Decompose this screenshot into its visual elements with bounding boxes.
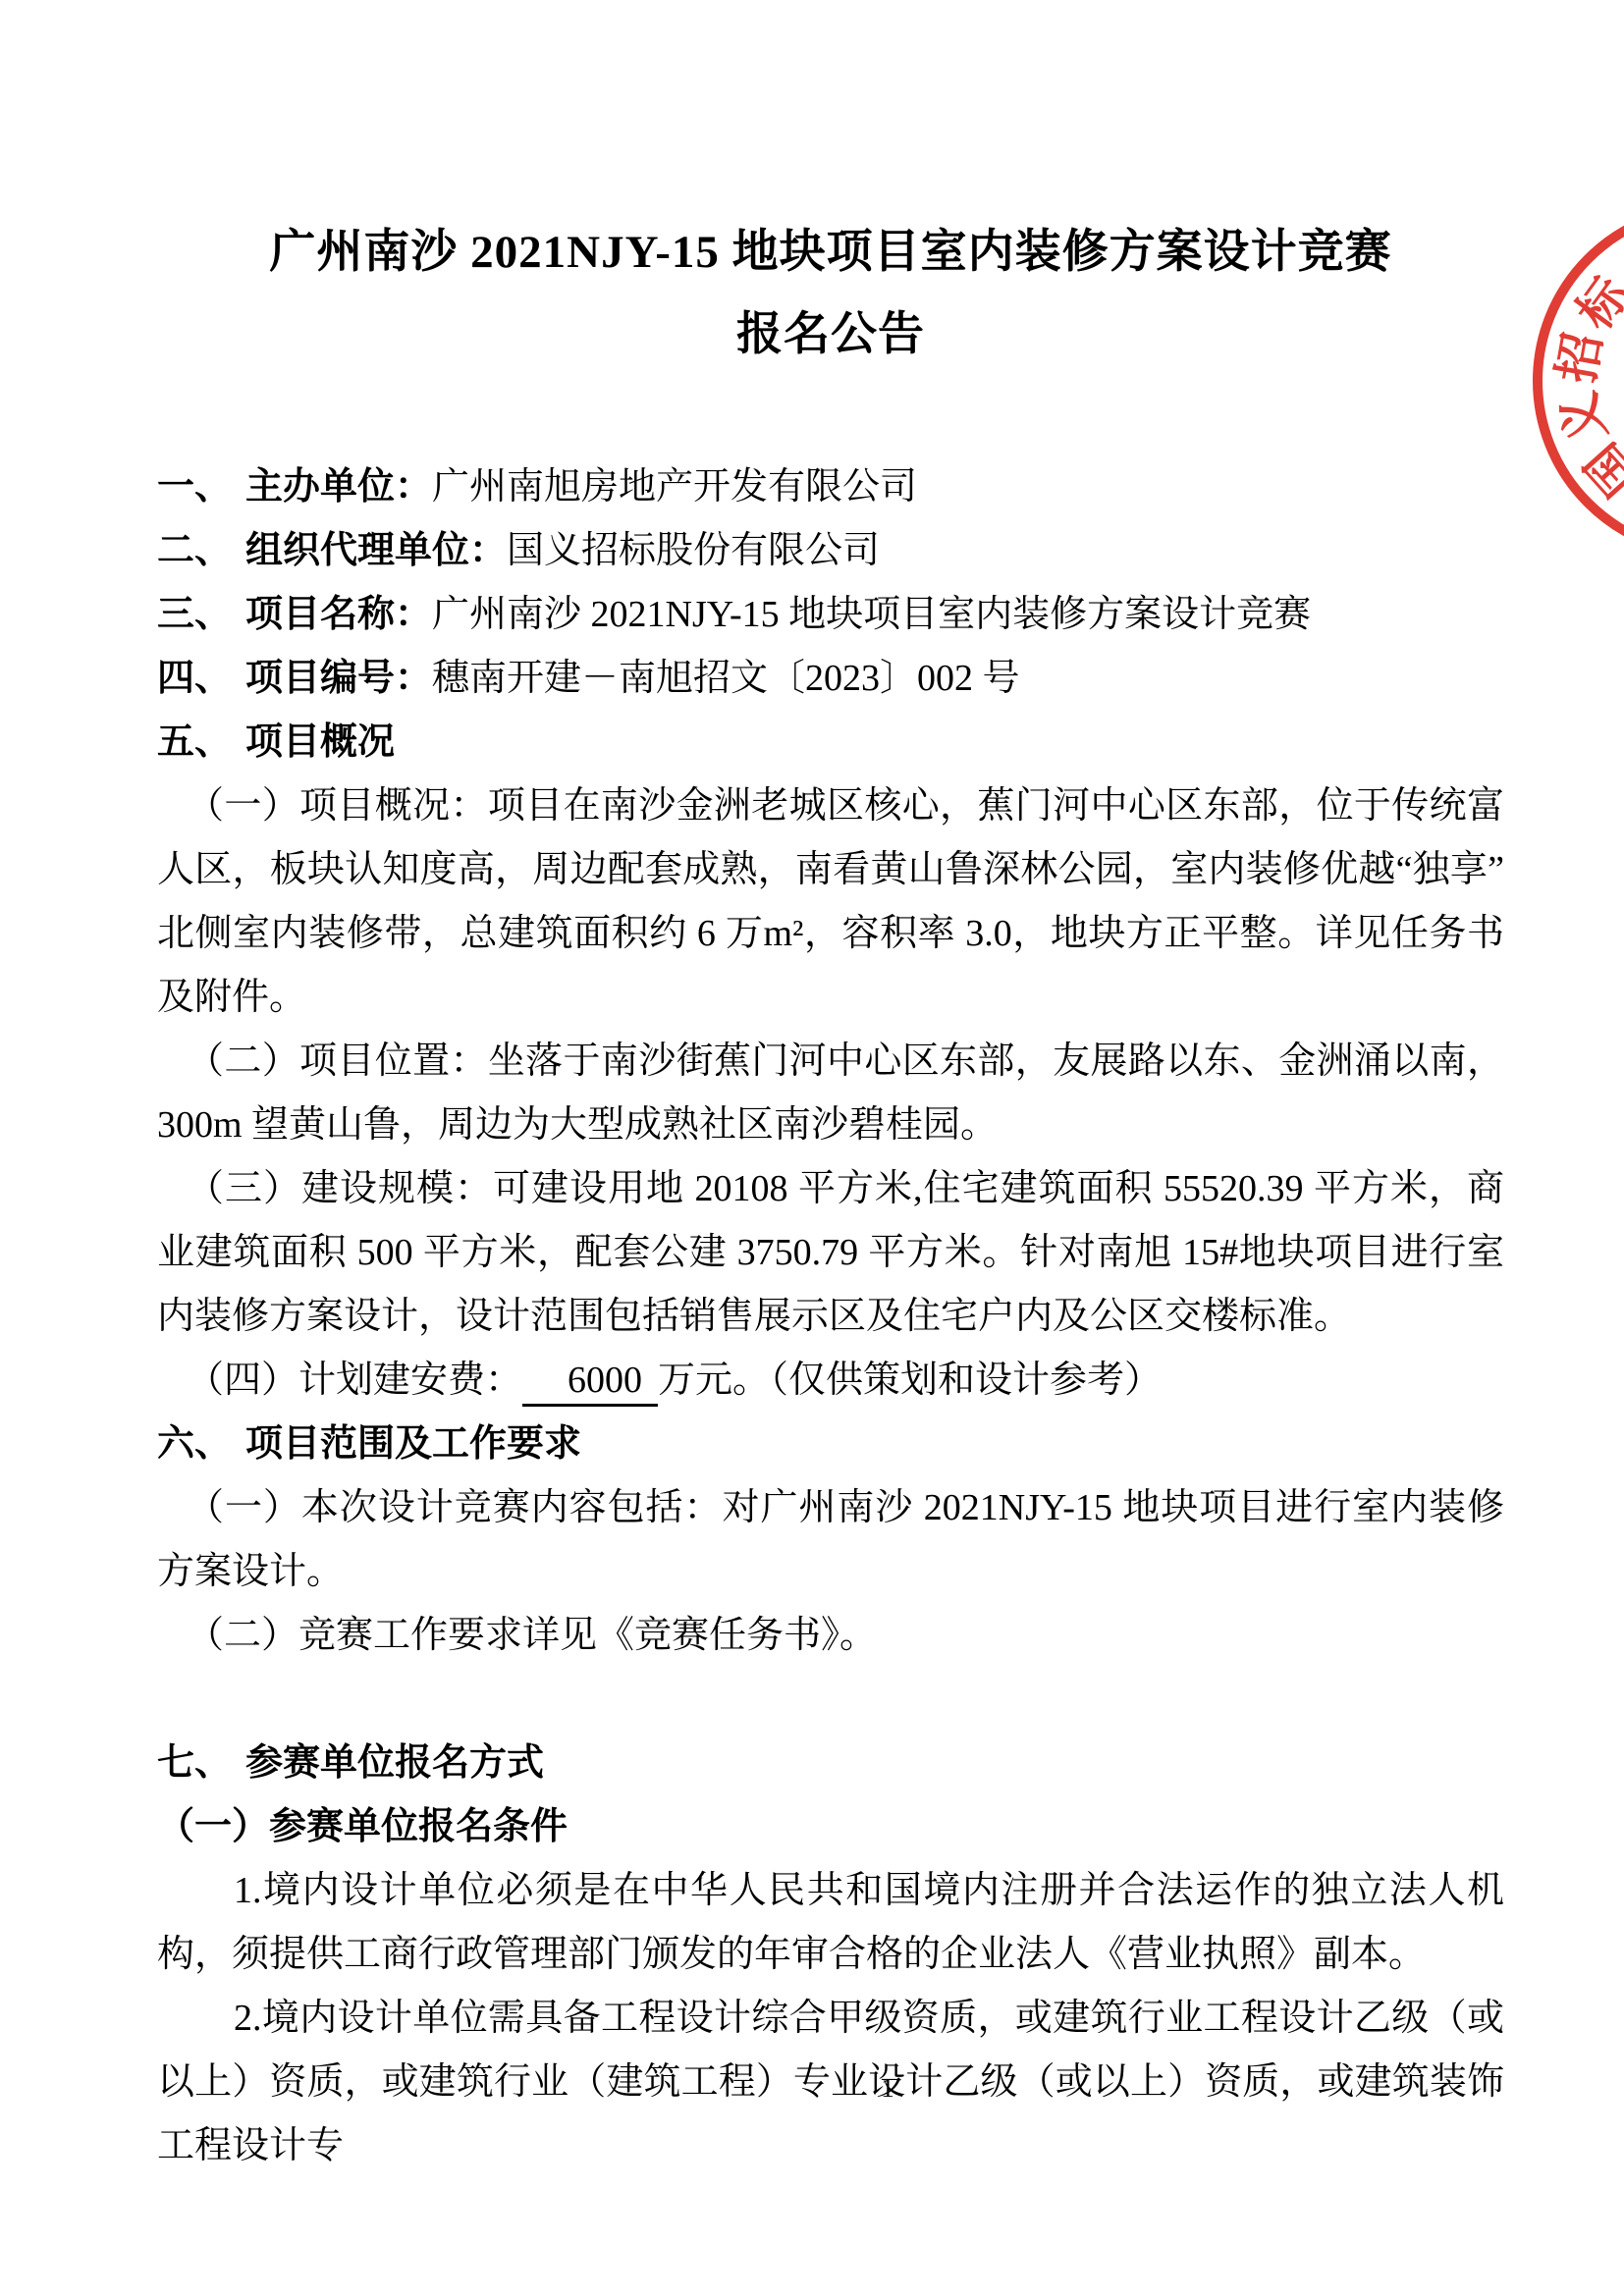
- document-title: 广州南沙 2021NJY-15 地块项目室内装修方案设计竞赛 报名公告: [157, 211, 1504, 376]
- title-line-1: 广州南沙 2021NJY-15 地块项目室内装修方案设计竞赛: [157, 211, 1504, 294]
- item-label: 组织代理单位：: [245, 530, 507, 571]
- seal-char: 国: [1575, 433, 1624, 507]
- paragraph-budget: （四）计划建安费：6000万元。（仅供策划和设计参考）: [157, 1349, 1504, 1413]
- seal-char: 招: [1548, 329, 1611, 387]
- item-value: 广州南旭房地产开发有限公司: [432, 466, 917, 507]
- list-item-project-name: 三、项目名称：广州南沙 2021NJY-15 地块项目室内装修方案设计竞赛: [157, 583, 1504, 647]
- section-heading-registration: 七、参赛单位报名方式: [157, 1732, 1504, 1795]
- paragraph-location: （二）项目位置：坐落于南沙街蕉门河中心区东部，友展路以东、金洲涌以南，300m …: [157, 1030, 1504, 1157]
- section-number: 五、: [157, 721, 232, 763]
- paragraph-overview: （一）项目概况：项目在南沙金洲老城区核心，蕉门河中心区东部，位于传统富人区，板块…: [157, 774, 1504, 1030]
- paragraph-condition-2: 2.境内设计单位需具备工程设计综合甲级资质，或建筑行业工程设计乙级（或以上）资质…: [157, 1987, 1504, 2178]
- seal-char: 义: [1549, 386, 1616, 448]
- list-item-project-number: 四、项目编号：穗南开建－南旭招文〔2023〕002 号: [157, 647, 1504, 711]
- budget-amount: 6000: [522, 1357, 658, 1407]
- item-number: 四、: [157, 658, 232, 699]
- paragraph-scale: （三）建设规模：可建设用地 20108 平方米,住宅建筑面积 55520.39 …: [157, 1157, 1504, 1349]
- document-content: 广州南沙 2021NJY-15 地块项目室内装修方案设计竞赛 报名公告 一、主办…: [157, 0, 1504, 2178]
- seal-ring: [1538, 208, 1624, 554]
- paragraph-scope-requirements: （二）竞赛工作要求详见《竞赛任务书》。: [157, 1604, 1504, 1668]
- section-number: 六、: [157, 1423, 232, 1465]
- item-value: 广州南沙 2021NJY-15 地块项目室内装修方案设计竞赛: [432, 594, 1311, 635]
- item-number: 三、: [157, 594, 232, 635]
- item-label: 项目编号：: [245, 658, 432, 699]
- section-title: 参赛单位报名方式: [245, 1742, 544, 1784]
- item-value: 穗南开建－南旭招文〔2023〕002 号: [432, 658, 1020, 699]
- title-line-2: 报名公告: [157, 294, 1504, 376]
- list-item-host-org: 一、主办单位：广州南旭房地产开发有限公司: [157, 455, 1504, 519]
- paragraph-condition-1: 1.境内设计单位必须是在中华人民共和国境内注册并合法运作的独立法人机构，须提供工…: [157, 1859, 1504, 1987]
- page-number: 1: [881, 2067, 894, 2109]
- item-value: 国义招标股份有限公司: [507, 530, 880, 571]
- document-body: 一、主办单位：广州南旭房地产开发有限公司 二、组织代理单位：国义招标股份有限公司…: [157, 455, 1504, 2178]
- budget-label: （四）计划建安费：: [187, 1360, 522, 1401]
- section-title: 项目范围及工作要求: [245, 1423, 581, 1465]
- item-label: 项目名称：: [245, 594, 432, 635]
- blank-line: [157, 1668, 1504, 1732]
- item-number: 一、: [157, 466, 232, 507]
- seal-char: 标: [1566, 265, 1624, 339]
- section-heading-scope: 六、项目范围及工作要求: [157, 1413, 1504, 1476]
- section-title: 项目概况: [245, 721, 395, 763]
- paragraph-scope-content: （一）本次设计竞赛内容包括：对广州南沙 2021NJY-15 地块项目进行室内装…: [157, 1476, 1504, 1604]
- section-heading-overview: 五、项目概况: [157, 711, 1504, 774]
- sub-heading-conditions: （一）参赛单位报名条件: [157, 1795, 1504, 1859]
- document-page: 广州南沙 2021NJY-15 地块项目室内装修方案设计竞赛 报名公告 一、主办…: [0, 0, 1624, 2296]
- item-number: 二、: [157, 530, 232, 571]
- budget-suffix: 万元。（仅供策划和设计参考）: [658, 1360, 1162, 1401]
- item-label: 主办单位：: [245, 466, 432, 507]
- section-number: 七、: [157, 1742, 232, 1784]
- list-item-agency-org: 二、组织代理单位：国义招标股份有限公司: [157, 519, 1504, 583]
